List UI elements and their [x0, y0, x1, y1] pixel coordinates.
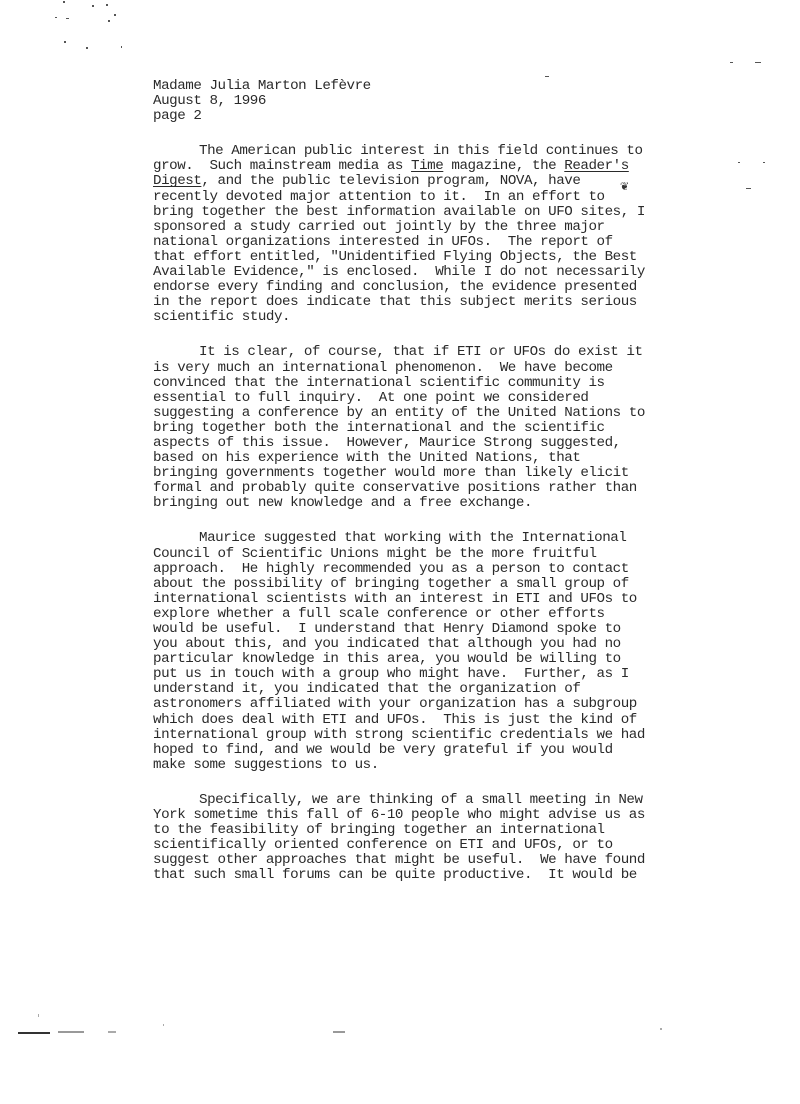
- scan-speck: [660, 1028, 662, 1030]
- text-line: scientific study.: [153, 310, 723, 325]
- text-line: Specifically, we are thinking of a small…: [153, 793, 723, 808]
- text-line: particular knowledge in this area, you w…: [153, 652, 723, 667]
- scan-speck: [106, 4, 108, 6]
- text-line: suggest other approaches that might be u…: [153, 853, 723, 868]
- text-line: Digest, and the public television progra…: [153, 174, 723, 189]
- text-line: approach. He highly recommended you as a…: [153, 562, 723, 577]
- text-line: aspects of this issue. However, Maurice …: [153, 436, 723, 451]
- text-line: in the report does indicate that this su…: [153, 295, 723, 310]
- text-line: suggesting a conference by an entity of …: [153, 406, 723, 421]
- underlined-title: Digest: [153, 173, 201, 189]
- scan-streak: [58, 1031, 84, 1033]
- scan-speck: [55, 17, 57, 18]
- letter-header: Madame Julia Marton Lefèvre August 8, 19…: [153, 79, 723, 124]
- text-line: international group with strong scientif…: [153, 728, 723, 743]
- scan-streak: [333, 1031, 345, 1033]
- text-line: bringing out new knowledge and a free ex…: [153, 496, 723, 511]
- paragraph: The American public interest in this fie…: [153, 144, 723, 325]
- text-line: Council of Scientific Unions might be th…: [153, 547, 723, 562]
- scan-streak: [108, 1031, 116, 1033]
- scan-speck: [746, 188, 751, 189]
- text-line: international scientists with an interes…: [153, 592, 723, 607]
- text-line: hoped to find, and we would be very grat…: [153, 743, 723, 758]
- text-line: bring together the best information avai…: [153, 205, 723, 220]
- text-line: bring together both the international an…: [153, 421, 723, 436]
- text-line: essential to full inquiry. At one point …: [153, 391, 723, 406]
- letter-paragraphs: The American public interest in this fie…: [153, 144, 723, 883]
- scan-speck: [38, 1014, 39, 1017]
- scan-speck: [763, 162, 765, 163]
- text-line: astronomers affiliated with your organiz…: [153, 697, 723, 712]
- text-line: put us in touch with a group who might h…: [153, 667, 723, 682]
- scan-speck: [121, 46, 122, 48]
- text-line: would be useful. I understand that Henry…: [153, 622, 723, 637]
- underlined-title: Time: [411, 158, 443, 174]
- text-line: Maurice suggested that working with the …: [153, 531, 723, 546]
- text-line: formal and probably quite conservative p…: [153, 481, 723, 496]
- scan-streak: [18, 1032, 50, 1034]
- text-line: Available Evidence," is enclosed. While …: [153, 265, 723, 280]
- paragraph: Maurice suggested that working with the …: [153, 531, 723, 773]
- text-line: understand it, you indicated that the or…: [153, 682, 723, 697]
- letter-date: August 8, 1996: [153, 94, 723, 109]
- paragraph: Specifically, we are thinking of a small…: [153, 793, 723, 884]
- text-line: national organizations interested in UFO…: [153, 235, 723, 250]
- text-line: recently devoted major attention to it. …: [153, 190, 723, 205]
- text-line: based on his experience with the United …: [153, 451, 723, 466]
- letter-body: Madame Julia Marton Lefèvre August 8, 19…: [153, 79, 723, 884]
- text-line: you about this, and you indicated that a…: [153, 637, 723, 652]
- scan-speck: [66, 18, 69, 19]
- scan-speck: [64, 41, 66, 43]
- scan-speck: [108, 20, 110, 22]
- text-line: The American public interest in this fie…: [153, 144, 723, 159]
- text-line: to the feasibility of bringing together …: [153, 823, 723, 838]
- text-line: bringing governments together would more…: [153, 466, 723, 481]
- scanned-letter-page: ❦ Madame Julia Marton Lefèvre August 8, …: [0, 0, 800, 1104]
- scan-speck: [114, 14, 116, 16]
- text-line: endorse every finding and conclusion, th…: [153, 280, 723, 295]
- text-line: grow. Such mainstream media as Time maga…: [153, 159, 723, 174]
- scan-speck: [738, 162, 740, 163]
- scan-speck: [86, 47, 88, 49]
- text-line: scientifically oriented conference on ET…: [153, 838, 723, 853]
- underlined-title: Reader's: [564, 158, 629, 174]
- text-line: about the possibility of bringing togeth…: [153, 577, 723, 592]
- scan-speck: [755, 62, 761, 63]
- text-line: convinced that the international scienti…: [153, 376, 723, 391]
- text-line: make some suggestions to us.: [153, 758, 723, 773]
- page-number: page 2: [153, 109, 723, 124]
- scan-speck: [545, 76, 549, 77]
- text-line: that effort entitled, "Unidentified Flyi…: [153, 250, 723, 265]
- text-line: York sometime this fall of 6-10 people w…: [153, 808, 723, 823]
- scan-speck: [63, 1, 65, 3]
- text-line: which does deal with ETI and UFOs. This …: [153, 713, 723, 728]
- text-line: It is clear, of course, that if ETI or U…: [153, 345, 723, 360]
- text-line: that such small forums can be quite prod…: [153, 868, 723, 883]
- scan-speck: [163, 1024, 164, 1026]
- recipient-name: Madame Julia Marton Lefèvre: [153, 79, 723, 94]
- text-line: sponsored a study carried out jointly by…: [153, 220, 723, 235]
- paragraph: It is clear, of course, that if ETI or U…: [153, 345, 723, 511]
- scan-speck: [92, 5, 94, 7]
- scan-speck: [730, 62, 733, 63]
- text-line: explore whether a full scale conference …: [153, 607, 723, 622]
- text-line: is very much an international phenomenon…: [153, 361, 723, 376]
